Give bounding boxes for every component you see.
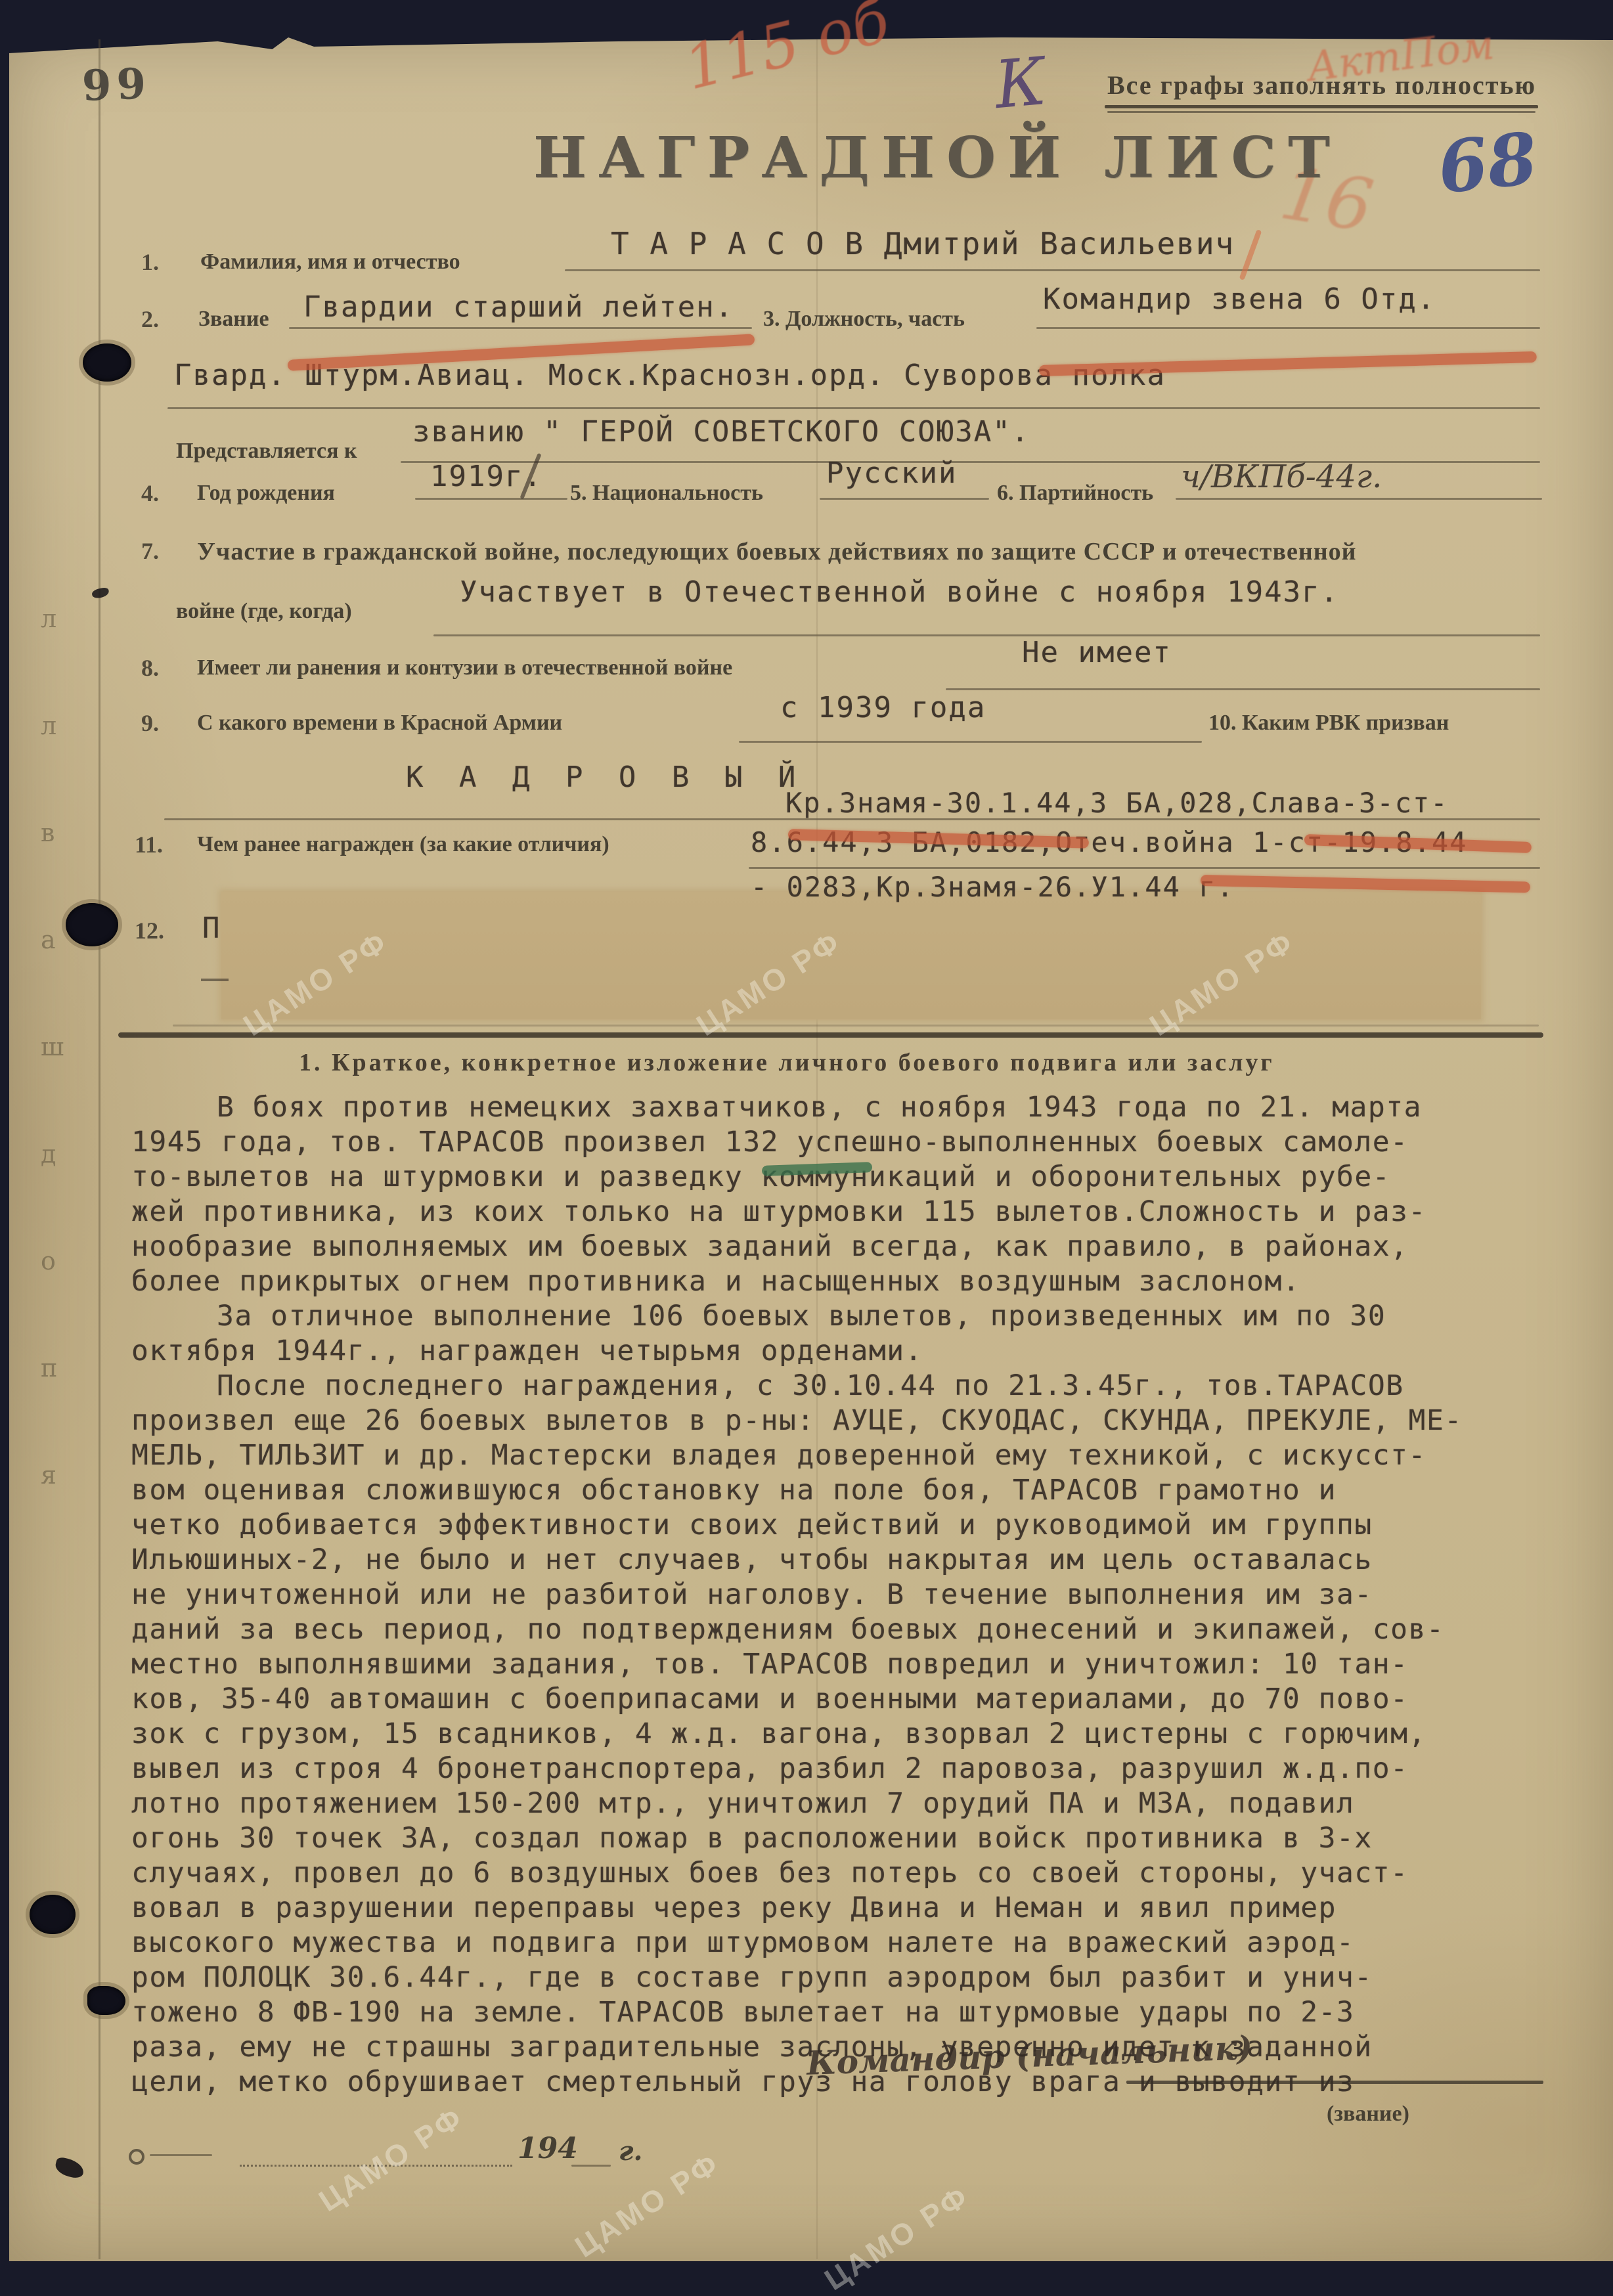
field10-label: 10. Каким РВК призван	[1208, 711, 1449, 736]
margin-letter: л	[41, 604, 56, 633]
body-line: местно выполнявшими задания, тов. ТАРАСО…	[131, 1648, 1409, 1681]
field4-number: 4.	[141, 479, 159, 507]
field3-value: Командир звена 6 Отд.	[1043, 282, 1436, 316]
field12-line	[173, 1025, 1539, 1027]
body-line: то-вылетов на штурмовки и разведку комму…	[131, 1160, 1390, 1193]
field2-line	[289, 327, 752, 329]
body-line: тожено 8 ФВ-190 на земле. ТАРАСОВ вылета…	[131, 1996, 1354, 2029]
field11-value-line1: Кр.Знамя-30.1.44,3 БА,028,Слава-3-ст-	[785, 787, 1449, 819]
instruction-underline	[1105, 105, 1538, 108]
body-line: произвел еще 26 боевых вылетов в р-ны: А…	[131, 1404, 1463, 1437]
field12-visible-text: П	[202, 912, 221, 945]
field11-value-line3: - 0283,Кр.Знамя-26.У1.44 г.	[751, 871, 1235, 903]
field2-value: Гвардии старший лейтен.	[303, 290, 734, 324]
field6-value: ч/ВКПб-44г.	[1181, 458, 1382, 495]
field4-line	[415, 498, 567, 500]
body-line: октября 1944г., награжден четырьмя орден…	[131, 1335, 923, 1367]
body-line: более прикрытых огнем противника и насыщ…	[131, 1265, 1300, 1298]
scanned-award-sheet: 99 115 об К АктПом 68 16 Все графы запол…	[0, 0, 1613, 2296]
body-line: жей противника, из коих только на штурмо…	[131, 1195, 1426, 1228]
body-line: МЕЛЬ, ТИЛЬЗИТ и др. Мастерски владея дов…	[131, 1439, 1426, 1472]
field9-line	[739, 741, 1202, 743]
body-line: За отличное выполнение 106 боевых вылето…	[217, 1300, 1386, 1333]
field8-value: Не имеет	[1022, 636, 1172, 669]
margin-letter: п	[41, 1354, 57, 1382]
punch-hole	[66, 903, 118, 946]
punch-hole	[83, 343, 131, 382]
field3-line	[1036, 327, 1540, 329]
field12-dash	[201, 979, 229, 981]
field2-label: Звание	[198, 307, 269, 332]
body-line: огонь 30 точек ЗА, создал пожар в распол…	[131, 1822, 1373, 1855]
margin-letter: д	[41, 1139, 56, 1168]
field7-label-line1: Участие в гражданской войне, последующих…	[197, 537, 1357, 566]
field2-number: 2.	[141, 305, 159, 333]
field7-number: 7.	[141, 537, 159, 565]
body-line: Ильюшиных-2, не было и нет случаев, чтоб…	[131, 1543, 1373, 1576]
signature-line	[1126, 2081, 1543, 2084]
body-line: нообразие выполняемых им боевых заданий …	[131, 1230, 1409, 1263]
field8-line	[946, 688, 1540, 690]
blue-pen-number: 68	[1434, 117, 1541, 210]
field10-value: К А Д Р О В Ы Й	[406, 761, 805, 794]
field5-value: Русский	[826, 456, 957, 490]
field9-value: с 1939 года	[780, 691, 986, 724]
field6-line	[1176, 498, 1542, 500]
page-number-stamp: 99	[81, 59, 152, 111]
body-line: высокого мужества и подвига при штурмово…	[131, 1926, 1354, 1959]
body-line: ром ПОЛОЦК 30.6.44г., где в составе груп…	[131, 1961, 1373, 1994]
field11-label: Чем ранее награжден (за какие отличия)	[197, 832, 609, 857]
handwritten-letter-k: К	[992, 43, 1049, 123]
margin-letter: а	[41, 925, 56, 954]
date-year: 194	[518, 2132, 578, 2165]
date-ring	[129, 2149, 144, 2165]
field6-label: 6. Партийность	[997, 481, 1153, 506]
document-title: НАГРАДНОЙ ЛИСТ	[533, 125, 1342, 191]
margin-letter: л	[41, 711, 56, 740]
body-line: вовал в разрушении переправы через реку …	[131, 1891, 1337, 1924]
body-line: не уничтоженной или не разбитой наголову…	[131, 1578, 1373, 1611]
field7-line	[433, 634, 1540, 636]
body-line: вом оценивая сложившуюся обстановку на п…	[131, 1474, 1337, 1507]
submitted-for-label: Представляется к	[176, 439, 357, 464]
field1-number: 1.	[141, 248, 159, 276]
field1-value: Т А Р А С О В Дмитрий Васильевич	[611, 226, 1235, 261]
field9-label: С какого времени в Красной Армии	[197, 711, 562, 736]
rank-caption: (звание)	[1327, 2102, 1409, 2127]
field5-label: 5. Национальность	[570, 481, 763, 506]
field8-label: Имеет ли ранения и контузии в отечествен…	[197, 655, 732, 680]
instruction-underline	[1107, 111, 1536, 113]
field8-number: 8.	[141, 654, 159, 682]
unit-line	[167, 407, 1540, 409]
field11-number: 11.	[135, 831, 163, 858]
field1-label: Фамилия, имя и отчество	[200, 250, 460, 275]
field12-number: 12.	[135, 917, 164, 944]
section-divider	[118, 1032, 1543, 1038]
punch-hole	[30, 1895, 76, 1934]
field4-label: Год рождения	[197, 481, 335, 506]
date-dash	[150, 2154, 212, 2156]
body-line: четко добивается эффективности своих дей…	[131, 1509, 1373, 1541]
submitted-for-value: званию " ГЕРОЙ СОВЕТСКОГО СОЮЗА".	[412, 415, 1030, 449]
body-line: даний за весь период, по подтверждениям …	[131, 1613, 1444, 1646]
field3-label: 3. Должность, часть	[763, 307, 965, 332]
fill-all-fields-instruction: Все графы заполнять полностью	[1107, 70, 1536, 100]
body-line: В боях против немецких захватчиков, с но…	[217, 1091, 1422, 1124]
punch-hole	[87, 1986, 125, 2015]
body-line: вывел из строя 4 бронетранспортера, разб…	[131, 1752, 1409, 1785]
field11-line	[749, 867, 1540, 869]
body-line: лотно протяжением 150-200 мтр., уничтожи…	[131, 1787, 1354, 1820]
body-line: После последнего награждения, с 30.10.44…	[217, 1369, 1404, 1402]
date-suffix: г.	[619, 2136, 642, 2167]
body-line: 1945 года, тов. ТАРАСОВ произвел 132 усп…	[131, 1126, 1409, 1159]
field1-line	[565, 269, 1540, 271]
margin-letter: в	[41, 818, 55, 847]
body-line: случаях, провел до 6 воздушных боев без …	[131, 1857, 1409, 1889]
field5-line	[820, 498, 989, 500]
field9-number: 9.	[141, 709, 159, 737]
margin-letter: о	[41, 1247, 56, 1275]
field7-value: Участвует в Отечественной войне с ноября…	[460, 575, 1339, 609]
field7-label-line2: войне (где, когда)	[176, 599, 352, 624]
section-heading: 1. Краткое, конкретное изложение личного…	[299, 1048, 1275, 1077]
body-line: зок с грузом, 15 всадников, 4 ж.д. вагон…	[131, 1717, 1426, 1750]
margin-letter: ш	[41, 1032, 64, 1061]
margin-letter: я	[41, 1461, 56, 1490]
body-line: ков, 35-40 автомашин с боеприпасами и во…	[131, 1683, 1409, 1715]
